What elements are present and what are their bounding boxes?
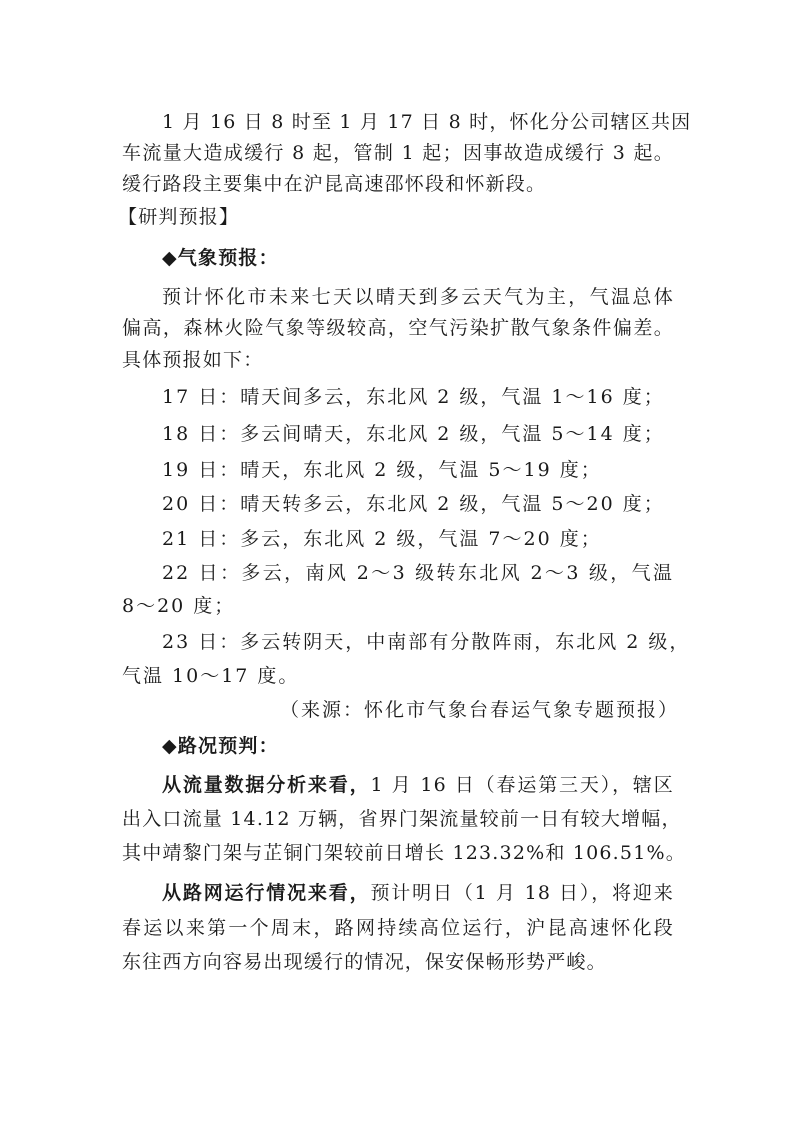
road-para-2-line-1: 从路网运行情况来看，预计明日（1 月 18 日），将迎来 <box>162 878 674 908</box>
document-page: 1 月 16 日 8 时至 1 月 17 日 8 时，怀化分公司辖区共因 车流量… <box>0 0 793 1122</box>
section-title: 【研判预报】 <box>118 202 670 232</box>
intro-line-2: 车流量大造成缓行 8 起，管制 1 起；因事故造成缓行 3 起。 <box>122 138 674 168</box>
road-para-2-line-1-rest: 预计明日（1 月 18 日），将迎来 <box>370 882 674 904</box>
road-heading: ◆路况预判： <box>162 731 674 761</box>
road-para-1-lead: 从流量数据分析来看， <box>162 774 370 796</box>
forecast-day-19: 19 日：晴天，东北风 2 级，气温 5～19 度； <box>162 455 674 485</box>
forecast-day-18: 18 日：多云间晴天，东北风 2 级，气温 5～14 度； <box>162 419 674 449</box>
road-para-2-lead: 从路网运行情况来看， <box>162 882 370 904</box>
intro-line-3: 缓行路段主要集中在沪昆高速邵怀段和怀新段。 <box>122 169 674 199</box>
road-para-2-line-3: 东往西方向容易出现缓行的情况，保安保畅形势严峻。 <box>122 947 674 977</box>
forecast-day-17: 17 日：晴天间多云，东北风 2 级，气温 1～16 度； <box>162 382 674 412</box>
road-para-1-line-1: 从流量数据分析来看，1 月 16 日（春运第三天），辖区 <box>162 770 674 800</box>
road-para-1-line-1-rest: 1 月 16 日（春运第三天），辖区 <box>370 774 674 796</box>
weather-source: （来源：怀化市气象台春运气象专题预报） <box>280 695 674 725</box>
weather-summary-line-2: 偏高，森林火险气象等级较高，空气污染扩散气象条件偏差。 <box>122 313 674 343</box>
road-para-1-line-3: 其中靖黎门架与芷铜门架较前日增长 123.32%和 106.51%。 <box>122 838 674 868</box>
intro-line-1: 1 月 16 日 8 时至 1 月 17 日 8 时，怀化分公司辖区共因 <box>162 107 674 137</box>
forecast-day-23: 23 日：多云转阴天，中南部有分散阵雨，东北风 2 级， <box>162 627 674 657</box>
road-para-1-line-2: 出入口流量 14.12 万辆，省界门架流量较前一日有较大增幅， <box>122 804 674 834</box>
forecast-day-23-cont: 气温 10～17 度。 <box>122 661 674 691</box>
weather-heading: ◆气象预报： <box>162 243 674 273</box>
weather-summary-line-3: 具体预报如下： <box>122 345 674 375</box>
forecast-day-22: 22 日：多云，南风 2～3 级转东北风 2～3 级，气温 <box>162 558 674 588</box>
forecast-day-22-cont: 8～20 度； <box>122 591 674 621</box>
road-para-2-line-2: 春运以来第一个周末，路网持续高位运行，沪昆高速怀化段 <box>122 913 674 943</box>
weather-summary-line-1: 预计怀化市未来七天以晴天到多云天气为主，气温总体 <box>162 282 674 312</box>
forecast-day-20: 20 日：晴天转多云，东北风 2 级，气温 5～20 度； <box>162 489 674 519</box>
forecast-day-21: 21 日：多云，东北风 2 级，气温 7～20 度； <box>162 524 674 554</box>
